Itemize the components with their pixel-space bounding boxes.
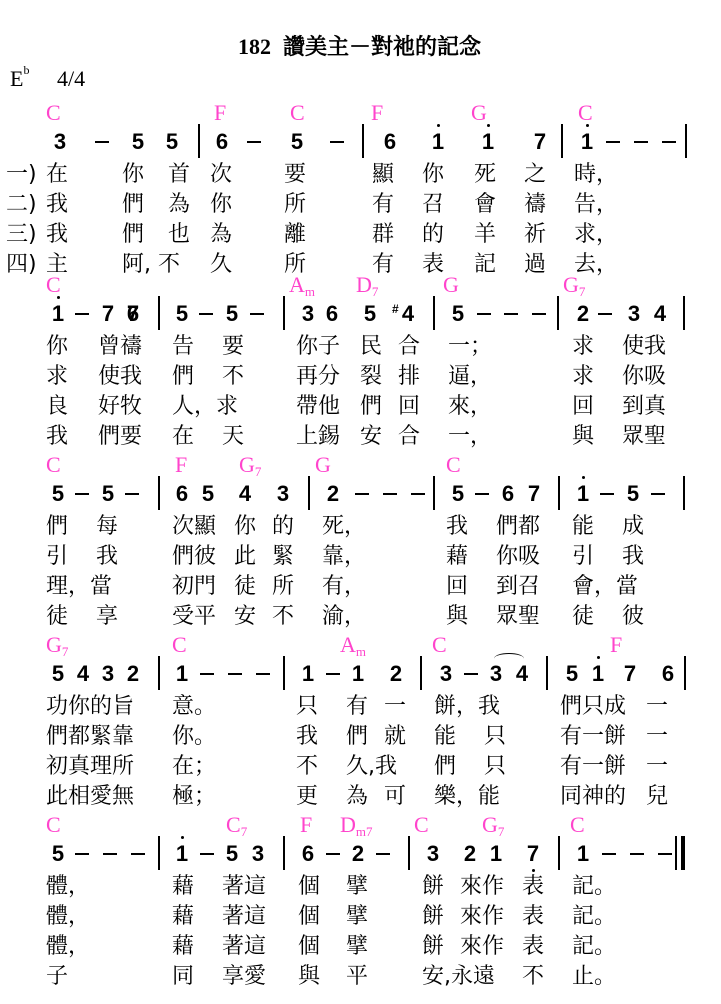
lyric-syllable: 首 [168, 160, 190, 190]
note: 5 [222, 299, 242, 329]
chord-symbol: G7 [563, 272, 585, 300]
lyric-syllable: 所 [284, 190, 306, 220]
lyric-syllable: 表 [522, 872, 544, 902]
tie-arc [494, 653, 524, 664]
lyric-syllable: 有 [372, 190, 394, 220]
lyric-syllable: 顯 [372, 160, 394, 190]
sustain-dash [330, 141, 344, 143]
note: 2 [460, 839, 480, 869]
lyric-syllable: 們 [122, 220, 144, 250]
lyric-syllable: 來作 [460, 872, 504, 902]
note: 3 [423, 839, 443, 869]
lyric-syllable: 不 [522, 962, 544, 992]
lyric-line-verse-1: 體，藉著這個擘餅來作表記。 [0, 872, 721, 902]
lyric-syllable: 可 [384, 782, 406, 812]
lyric-syllable: 理，當 [46, 572, 112, 602]
note: 5 [623, 479, 643, 509]
lyric-syllable: 彼 [622, 602, 644, 632]
octave-up-dot [437, 124, 440, 127]
note: 6 [658, 659, 678, 689]
lyric-line-verse-2: 們都緊靠你。我們就能只有一餅一 [0, 722, 721, 752]
sustain-dash [606, 141, 620, 143]
chord-symbol: F [371, 100, 383, 126]
lyric-syllable: 你吸 [622, 362, 666, 392]
lyric-syllable: 能 [434, 722, 456, 752]
lyric-line-verse-4: 我們要在天上錫安合一，與眾聖 [0, 422, 721, 452]
lyric-syllable: 告， [574, 190, 618, 220]
sustain-dash [600, 493, 614, 495]
sustain-dash [477, 313, 491, 315]
lyric-syllable: 餅 [422, 872, 444, 902]
lyric-syllable: 餅 [422, 932, 444, 962]
bar-line [198, 124, 200, 158]
note: 2 [323, 479, 343, 509]
sustain-dash [376, 853, 390, 855]
chord-symbol: C [446, 452, 461, 478]
octave-up-dot [582, 476, 585, 479]
lyric-syllable: 們 [172, 362, 194, 392]
lyric-syllable: 個 [298, 872, 320, 902]
lyric-syllable: 擘 [346, 902, 368, 932]
chord-symbol: C [432, 632, 447, 658]
lyric-syllable: 靠， [322, 542, 366, 572]
chord-symbol: C [46, 100, 61, 126]
lyric-syllable: 安,永遠 [422, 962, 495, 992]
note: 3 [98, 659, 118, 689]
note: 1 [588, 659, 608, 689]
lyric-syllable: 告 [172, 332, 194, 362]
lyric-syllable: 們都緊靠 [46, 722, 134, 752]
lyric-syllable: 天 [222, 422, 244, 452]
lyric-syllable: 引 [46, 542, 68, 572]
lyric-line-verse-1: 們每次顯你的死，我們都能成 [0, 512, 721, 542]
lyric-syllable: 不 [222, 362, 244, 392]
note: 1 [48, 299, 68, 329]
note: 4# [398, 299, 418, 329]
lyric-syllable: 為 [168, 190, 190, 220]
note: 5 [222, 839, 242, 869]
note: 6 [380, 127, 400, 157]
note: 1 [573, 479, 593, 509]
lyric-syllable: 意。 [172, 692, 216, 722]
note: 2 [386, 659, 406, 689]
lyric-syllable: 一， [448, 422, 492, 452]
lyric-syllable: 的 [422, 220, 444, 250]
lyric-syllable: 回 [446, 572, 468, 602]
note: 6 [212, 127, 232, 157]
note: 7 [98, 299, 118, 329]
lyric-syllable: 你吸 [496, 542, 540, 572]
lyric-syllable: 每 [96, 512, 118, 542]
sustain-dash [630, 853, 644, 855]
note: 3 [436, 659, 456, 689]
lyric-syllable: 來作 [460, 902, 504, 932]
sustain-dash [199, 313, 213, 315]
note: 3 [50, 127, 70, 157]
lyric-syllable: 你子 [296, 332, 340, 362]
note: 6 [298, 839, 318, 869]
lyric-syllable: 享 [96, 602, 118, 632]
chord-symbol: G [315, 452, 331, 478]
lyric-syllable: 你 [122, 160, 144, 190]
sustain-dash [200, 673, 214, 675]
lyric-syllable: 此 [234, 542, 256, 572]
bar-line [684, 656, 686, 690]
lyric-syllable: 藉 [172, 872, 194, 902]
lyric-syllable: 一； [448, 332, 492, 362]
note: 5 [48, 839, 68, 869]
lyric-syllable: 徒 [46, 602, 68, 632]
lyric-syllable: 與 [446, 602, 468, 632]
bar-line [558, 476, 560, 510]
lyric-syllable: 裂 [360, 362, 382, 392]
lyric-syllable: 眾聖 [496, 602, 540, 632]
key-signature: Eb 4/4 [10, 66, 85, 92]
lyric-line-verse-1: 一)在你首次要顯你死之時， [0, 160, 721, 190]
lyric-syllable: 逼， [448, 362, 492, 392]
note: 4 [73, 659, 93, 689]
lyric-syllable: 止。 [572, 962, 616, 992]
lyric-syllable: 民 [360, 332, 382, 362]
bar-line [557, 296, 559, 330]
octave-up-dot [181, 836, 184, 839]
lyric-syllable: 成 [622, 512, 644, 542]
lyric-syllable: 徒 [234, 572, 256, 602]
hymn-name: 讚美主－對祂的記念 [283, 34, 481, 59]
lyric-syllable: 你 [46, 332, 68, 362]
verse-number: 二) [6, 190, 37, 220]
bar-line [561, 124, 563, 158]
lyric-syllable: 極； [172, 782, 216, 812]
lyric-syllable: 享愛 [222, 962, 266, 992]
chord-symbol: C [578, 100, 593, 126]
lyric-syllable: 同神的 [560, 782, 626, 812]
note: 5 [128, 127, 148, 157]
sustain-dash [504, 313, 518, 315]
lyric-syllable: 一 [646, 752, 668, 782]
note: 4 [235, 479, 255, 509]
chord-symbol: G7 [239, 452, 261, 480]
note: 3 [273, 479, 293, 509]
chord-symbol: D7 [356, 272, 378, 300]
note: 1 [577, 127, 597, 157]
hymn-number: 182 [238, 34, 271, 59]
sustain-dash [355, 493, 369, 495]
chord-symbol: C [46, 812, 61, 838]
key-accidental: b [23, 63, 29, 77]
lyric-syllable: 到召 [496, 572, 540, 602]
lyric-syllable: 也 [168, 220, 190, 250]
note: 7 [523, 839, 543, 869]
chord-symbol: C [414, 812, 429, 838]
note: 6 [498, 479, 518, 509]
lyric-syllable: 求， [574, 220, 618, 250]
lyric-syllable: 你 [210, 190, 232, 220]
sustain-dash [75, 313, 89, 315]
sustain-dash [326, 853, 340, 855]
lyric-syllable: 藉 [172, 932, 194, 962]
lyric-syllable: 為 [346, 782, 368, 812]
lyric-syllable: 會，當 [572, 572, 638, 602]
note: 2 [573, 299, 593, 329]
bar-line [283, 296, 285, 330]
lyric-syllable: 有一餅 [560, 722, 626, 752]
octave-up-dot [586, 124, 589, 127]
lyric-syllable: 功你的旨 [46, 692, 134, 722]
lyric-syllable: 們 [46, 512, 68, 542]
sustain-dash [464, 673, 478, 675]
sustain-dash [95, 141, 109, 143]
note: 5 [48, 479, 68, 509]
lyric-syllable: 群 [372, 220, 394, 250]
lyric-syllable: 會 [474, 190, 496, 220]
octave-up-dot [597, 656, 600, 659]
sustain-dash [532, 313, 546, 315]
lyric-syllable: 求 [572, 332, 594, 362]
lyric-syllable: 個 [298, 932, 320, 962]
lyric-syllable: 一 [646, 722, 668, 752]
lyric-syllable: 一 [384, 692, 406, 722]
lyric-syllable: 我 [96, 542, 118, 572]
lyric-syllable: 合 [398, 422, 420, 452]
note: 6 [322, 299, 342, 329]
lyric-syllable: 擘 [346, 872, 368, 902]
lyric-syllable: 們 [346, 722, 368, 752]
note: 3 [248, 839, 268, 869]
music-system: CFG7GC556543256715們每次顯你的死，我們都能成引我們彼此緊靠，藉… [0, 452, 721, 632]
lyric-syllable: 們 [360, 392, 382, 422]
lyric-syllable: 時， [574, 160, 618, 190]
sustain-dash [250, 313, 264, 315]
lyric-syllable: 你 [234, 512, 256, 542]
lyric-syllable: 求 [572, 362, 594, 392]
lyric-syllable: 禱 [524, 190, 546, 220]
lyric-syllable: 久,我 [346, 752, 397, 782]
lyric-syllable: 次 [210, 160, 232, 190]
lyric-syllable: 只 [296, 692, 318, 722]
note: 3 [298, 299, 318, 329]
lyric-syllable: 人，求 [172, 392, 238, 422]
key-note: E [10, 66, 23, 91]
bar-line [283, 836, 285, 870]
lyric-syllable: 死， [322, 512, 366, 542]
note: 1 [348, 659, 368, 689]
sustain-dash [131, 853, 145, 855]
bar-line [158, 476, 160, 510]
lyric-line-verse-2: 二)我們為你所有召會禱告， [0, 190, 721, 220]
bar-line [308, 476, 310, 510]
lyric-syllable: 所 [272, 572, 294, 602]
lyric-syllable: 擘 [346, 932, 368, 962]
note: 6 [123, 299, 143, 329]
bar-line [685, 124, 687, 158]
lyric-line-verse-3: 體，藉著這個擘餅來作表記。 [0, 932, 721, 962]
bar-line [683, 476, 685, 510]
lyric-syllable: 們彼 [172, 542, 216, 572]
lyric-syllable: 記。 [572, 932, 616, 962]
lyric-syllable: 藉 [446, 542, 468, 572]
note: 7 [530, 127, 550, 157]
sustain-dash [247, 141, 261, 143]
lyric-syllable: 之 [524, 160, 546, 190]
lyric-syllable: 藉 [172, 902, 194, 932]
lyric-syllable: 記。 [572, 902, 616, 932]
lyric-syllable: 體， [46, 932, 90, 962]
lyric-syllable: 你。 [172, 722, 216, 752]
note: 5 [162, 127, 182, 157]
chord-symbol: Am [340, 632, 366, 660]
lyric-syllable: 著這 [222, 932, 266, 962]
note: 7 [524, 479, 544, 509]
lyric-syllable: 我 [46, 190, 68, 220]
lyric-syllable: 上錫 [296, 422, 340, 452]
note: 5 [448, 479, 468, 509]
bar-line [408, 836, 410, 870]
lyric-syllable: 求 [46, 362, 68, 392]
lyric-syllable: 緊 [272, 542, 294, 572]
bar-line [558, 836, 560, 870]
music-system: CAmD7GG71776553654#5234你曾禱告要你子民合一；求使我求使我… [0, 272, 721, 452]
lyric-syllable: 只 [484, 752, 506, 782]
lyric-syllable: 要 [222, 332, 244, 362]
note: 5 [198, 479, 218, 509]
lyric-syllable: 來作 [460, 932, 504, 962]
lyric-line-verse-2: 體，藉著這個擘餅來作表記。 [0, 902, 721, 932]
note: 1 [172, 659, 192, 689]
lyric-syllable: 餅 [422, 902, 444, 932]
sustain-dash [634, 141, 648, 143]
chord-symbol: C [46, 272, 61, 298]
bar-line [158, 296, 160, 330]
note: 2 [348, 839, 368, 869]
lyric-syllable: 表 [522, 932, 544, 962]
lyric-syllable: 不 [296, 752, 318, 782]
lyric-syllable: 到真 [622, 392, 666, 422]
lyric-syllable: 使我 [622, 332, 666, 362]
lyric-line-verse-1: 功你的旨意。只有一餅，我們只成一 [0, 692, 721, 722]
note: 3 [624, 299, 644, 329]
final-bar-line [675, 836, 682, 870]
chord-symbol: F [610, 632, 622, 658]
lyric-syllable: 安 [234, 602, 256, 632]
verse-number: 一) [6, 160, 37, 190]
note: 1 [428, 127, 448, 157]
lyric-syllable: 再分 [296, 362, 340, 392]
lyric-syllable: 此相愛無 [46, 782, 134, 812]
note: 1 [298, 659, 318, 689]
note: 5 [448, 299, 468, 329]
sustain-dash [598, 313, 612, 315]
lyric-syllable: 餅，我 [434, 692, 500, 722]
lyric-syllable: 帶他 [296, 392, 340, 422]
sustain-dash [475, 493, 489, 495]
lyric-syllable: 在 [46, 160, 68, 190]
lyric-syllable: 就 [384, 722, 406, 752]
sustain-dash [228, 673, 242, 675]
lyric-syllable: 與 [298, 962, 320, 992]
sustain-dash [75, 853, 89, 855]
chord-symbol: C [290, 100, 305, 126]
note: 5 [48, 659, 68, 689]
note: 6 [172, 479, 192, 509]
lyric-syllable: 體， [46, 872, 90, 902]
note: 1 [573, 839, 593, 869]
lyric-syllable: 好牧 [98, 392, 142, 422]
lyric-syllable: 為 [210, 220, 232, 250]
lyric-line-verse-3: 三)我們也為離群的羊祈求， [0, 220, 721, 250]
lyric-syllable: 受平 [172, 602, 216, 632]
verse-number: 三) [6, 220, 37, 250]
lyric-syllable: 與 [572, 422, 594, 452]
bar-line [546, 656, 548, 690]
sharp-sign: # [392, 294, 399, 324]
lyric-syllable: 有一餅 [560, 752, 626, 782]
chord-symbol: F [175, 452, 187, 478]
lyric-syllable: 子 [46, 962, 68, 992]
lyric-line-verse-4: 子同享愛與平安,永遠不止。 [0, 962, 721, 992]
lyric-syllable: 次顯 [172, 512, 216, 542]
lyric-syllable: 死 [474, 160, 496, 190]
note: 5 [172, 299, 192, 329]
lyric-line-verse-1: 你曾禱告要你子民合一；求使我 [0, 332, 721, 362]
bar-line [158, 656, 160, 690]
bar-line [420, 656, 422, 690]
lyric-syllable: 合 [398, 332, 420, 362]
lyric-syllable: 同 [172, 962, 194, 992]
lyric-syllable: 的 [272, 512, 294, 542]
chord-symbol: Dm7 [340, 812, 373, 840]
lyric-syllable: 使我 [98, 362, 142, 392]
lyric-syllable: 徒 [572, 602, 594, 632]
lyric-syllable: 我 [622, 542, 644, 572]
sustain-dash [75, 493, 89, 495]
lyric-syllable: 召 [422, 190, 444, 220]
time-signature: 4/4 [57, 66, 85, 91]
note: 1 [172, 839, 192, 869]
note: 1 [486, 839, 506, 869]
lyric-syllable: 回 [398, 392, 420, 422]
lyric-syllable: 更 [296, 782, 318, 812]
lyric-syllable: 在； [172, 752, 216, 782]
lyric-syllable: 離 [284, 220, 306, 250]
lyric-syllable: 回 [572, 392, 594, 422]
lyric-syllable: 能 [572, 512, 594, 542]
chord-symbol: G7 [46, 632, 68, 660]
lyric-syllable: 初真理所 [46, 752, 134, 782]
chord-symbol: G7 [482, 812, 504, 840]
lyric-syllable: 良 [46, 392, 68, 422]
bar-line [362, 124, 364, 158]
chord-symbol: C [172, 632, 187, 658]
lyric-syllable: 來， [448, 392, 492, 422]
lyric-syllable: 平 [346, 962, 368, 992]
octave-up-dot [487, 124, 490, 127]
note: 4 [650, 299, 670, 329]
lyric-syllable: 不 [272, 602, 294, 632]
lyric-syllable: 羊 [474, 220, 496, 250]
lyric-syllable: 引 [572, 542, 594, 572]
lyric-syllable: 記。 [572, 872, 616, 902]
lyric-syllable: 有， [322, 572, 366, 602]
music-system: CFCFGC3556561171一)在你首次要顯你死之時，二)我們為你所有召會禱… [0, 100, 721, 280]
music-system: CC7FDm7CG7C51536232171體，藉著這個擘餅來作表記。體，藉著這… [0, 812, 721, 992]
lyric-syllable: 有 [346, 692, 368, 722]
lyric-syllable: 一 [646, 692, 668, 722]
bar-line [283, 656, 285, 690]
sustain-dash [383, 493, 397, 495]
note: 1 [478, 127, 498, 157]
lyric-syllable: 們 [434, 752, 456, 782]
